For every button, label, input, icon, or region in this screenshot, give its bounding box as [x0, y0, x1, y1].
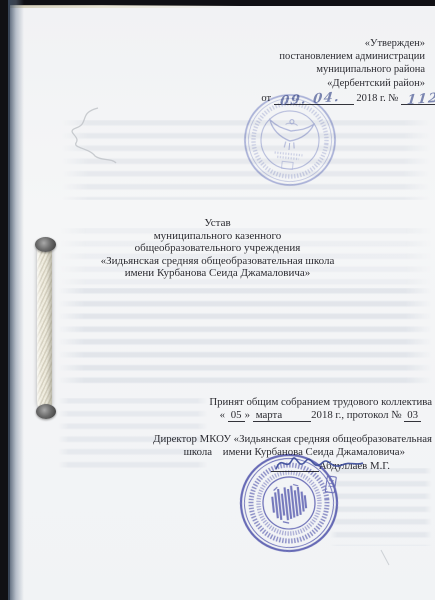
title-line-institution: общеобразовательного учреждения: [0, 242, 435, 255]
scratch-mark: [378, 548, 394, 568]
title-line-municipal: муниципального казенного: [0, 230, 435, 243]
scan-edge-left: [8, 0, 24, 600]
acceptance-date-line: « 05» марта2018 г., протокол № 03: [220, 409, 421, 422]
handwritten-number: 112: [406, 92, 435, 108]
document-title: Устав муниципального казенного общеобраз…: [0, 217, 435, 280]
number-blank: 112: [401, 92, 435, 105]
approved-label: «Утвержден»: [261, 37, 425, 50]
binding-eyelet-bottom: [36, 404, 56, 419]
pencil-squiggle-mark: [36, 98, 136, 173]
approval-by-line: постановлением администрации: [261, 50, 425, 63]
acceptance-year-protocol: 2018 г., протокол №: [311, 409, 401, 421]
acceptance-blank: [285, 410, 311, 422]
eagle-emblem: [267, 117, 314, 152]
scanned-document: «Утвержден» постановлением администрации…: [0, 0, 435, 600]
title-line-ustav: Устав: [0, 217, 435, 230]
year-label: 2018 г. №: [356, 93, 398, 104]
acceptance-line: Принят общим собранием трудового коллект…: [209, 396, 432, 408]
binding-eyelet-top: [35, 237, 56, 252]
stamp-ring-text: [250, 100, 330, 180]
stamp-calligraphy-center: [271, 483, 307, 524]
bleed-through-text: [58, 288, 432, 390]
acceptance-month: марта: [253, 409, 285, 422]
protocol-number: 03: [404, 409, 421, 422]
administration-round-stamp: [233, 83, 347, 197]
director-signature: [272, 450, 367, 476]
title-line-named-after: имени Курбанова Сеида Джамаловича»: [0, 267, 435, 280]
quote-close: »: [245, 409, 250, 421]
title-line-school: «Зидьянская средняя общеобразовательная …: [0, 255, 435, 268]
scan-edge-top: [10, 5, 240, 8]
stamp-ogrn-box: [281, 161, 293, 169]
acceptance-day: 05: [228, 409, 245, 422]
approval-district-line1: муниципального района: [261, 63, 425, 76]
binding-cord: [37, 244, 52, 410]
quote-open: «: [220, 409, 225, 421]
